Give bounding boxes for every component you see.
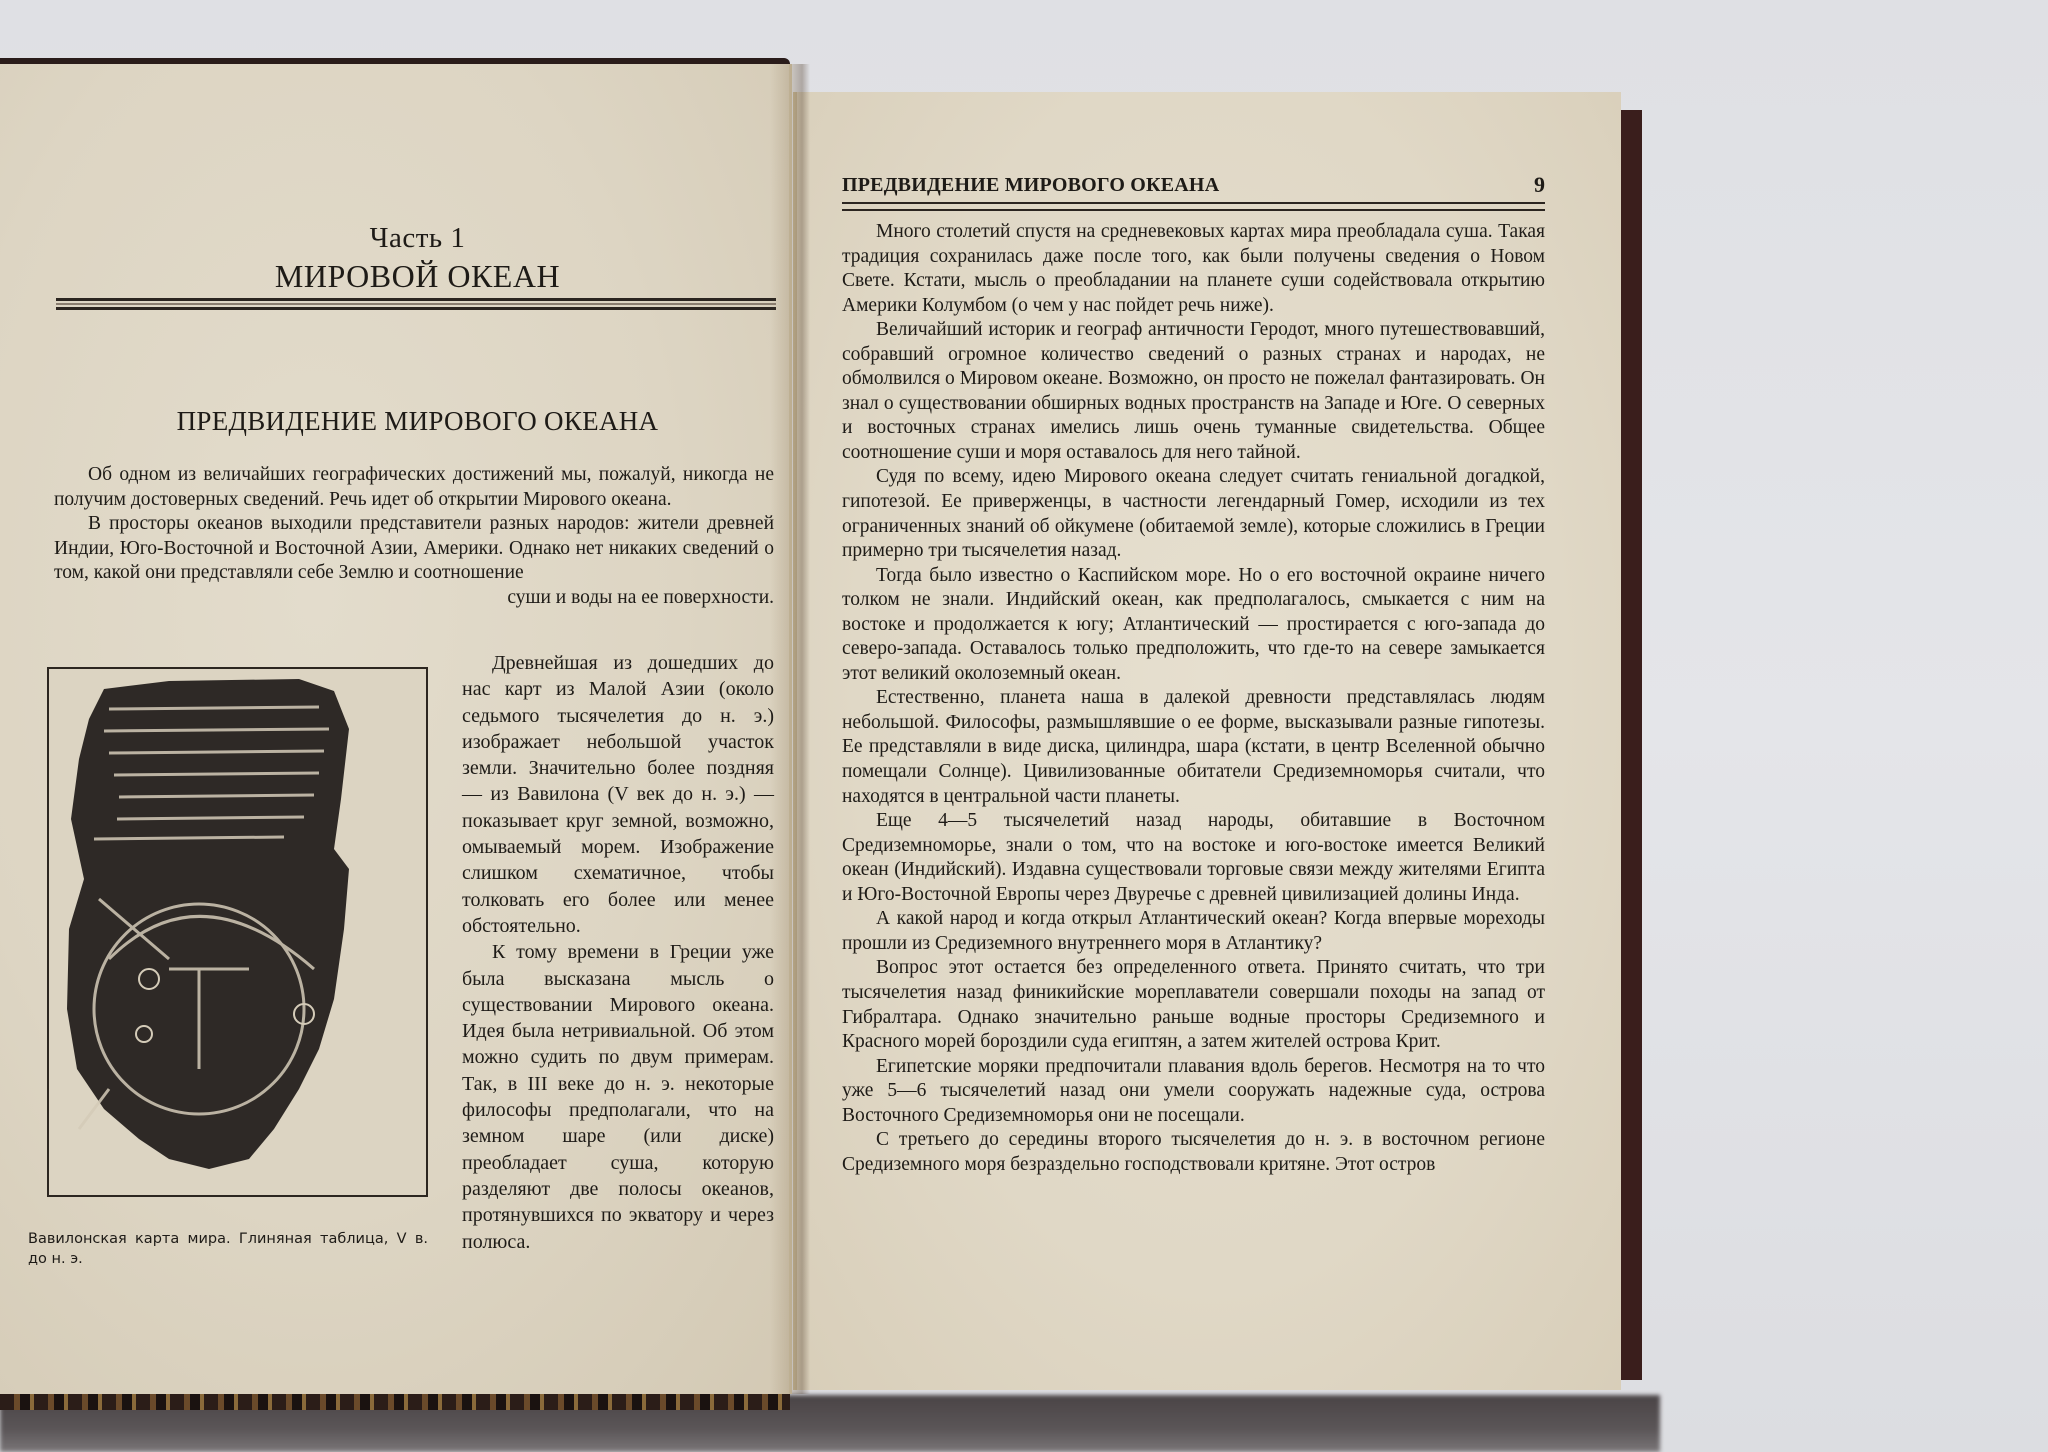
paragraph: В просторы океанов выходили представител… [54, 512, 774, 586]
right-page-text: Много столетий спустя на средневековых к… [842, 220, 1545, 1177]
running-head: ПРЕДВИДЕНИЕ МИРОВОГО ОКЕАНА 9 [842, 174, 1545, 204]
section-title: ПРЕДВИДЕНИЕ МИРОВОГО ОКЕАНА [0, 406, 835, 437]
page-number: 9 [1534, 172, 1545, 198]
book-cover-edge-right [1618, 110, 1642, 1380]
paragraph: Тогда было известно о Каспийском море. Н… [842, 564, 1545, 687]
paragraph: С третьего до середины второго тысячелет… [842, 1128, 1545, 1177]
part-label: Часть 1 [0, 222, 835, 255]
paragraph: Естественно, планета наша в далекой древ… [842, 686, 1545, 809]
paragraph: Величайший историк и географ античности … [842, 318, 1545, 465]
paragraph: Много столетий спустя на средневековых к… [842, 220, 1545, 318]
book-gutter [770, 64, 810, 1394]
left-intro-text: Об одном из величайших географических до… [54, 463, 774, 611]
paragraph-tail: суши и воды на ее поверхности. [54, 586, 774, 611]
clay-tablet-icon [49, 669, 426, 1195]
running-head-rule [842, 202, 1545, 216]
paragraph: А какой народ и когда открыл Атлантическ… [842, 907, 1545, 956]
babylonian-map-figure [47, 667, 428, 1197]
part-title-rule [56, 298, 776, 312]
left-side-text: Древнейшая из дошедших до нас карт из Ма… [462, 650, 774, 1255]
paragraph: Египетские моряки предпочитали плавания … [842, 1055, 1545, 1129]
paragraph: Вопрос этот остается без определенного о… [842, 956, 1545, 1054]
paragraph: К тому времени в Греции уже была высказа… [462, 939, 774, 1255]
paragraph: Еще 4—5 тысячелетий назад народы, обитав… [842, 809, 1545, 907]
running-head-title: ПРЕДВИДЕНИЕ МИРОВОГО ОКЕАНА [842, 174, 1219, 197]
figure-caption: Вавилонская карта мира. Глиняная таблица… [28, 1229, 428, 1269]
paragraph: Судя по всему, идею Мирового океана след… [842, 465, 1545, 563]
paragraph: Древнейшая из дошедших до нас карт из Ма… [462, 650, 774, 939]
part-title: МИРОВОЙ ОКЕАН [0, 258, 835, 295]
paragraph: Об одном из величайших географических до… [54, 463, 774, 512]
